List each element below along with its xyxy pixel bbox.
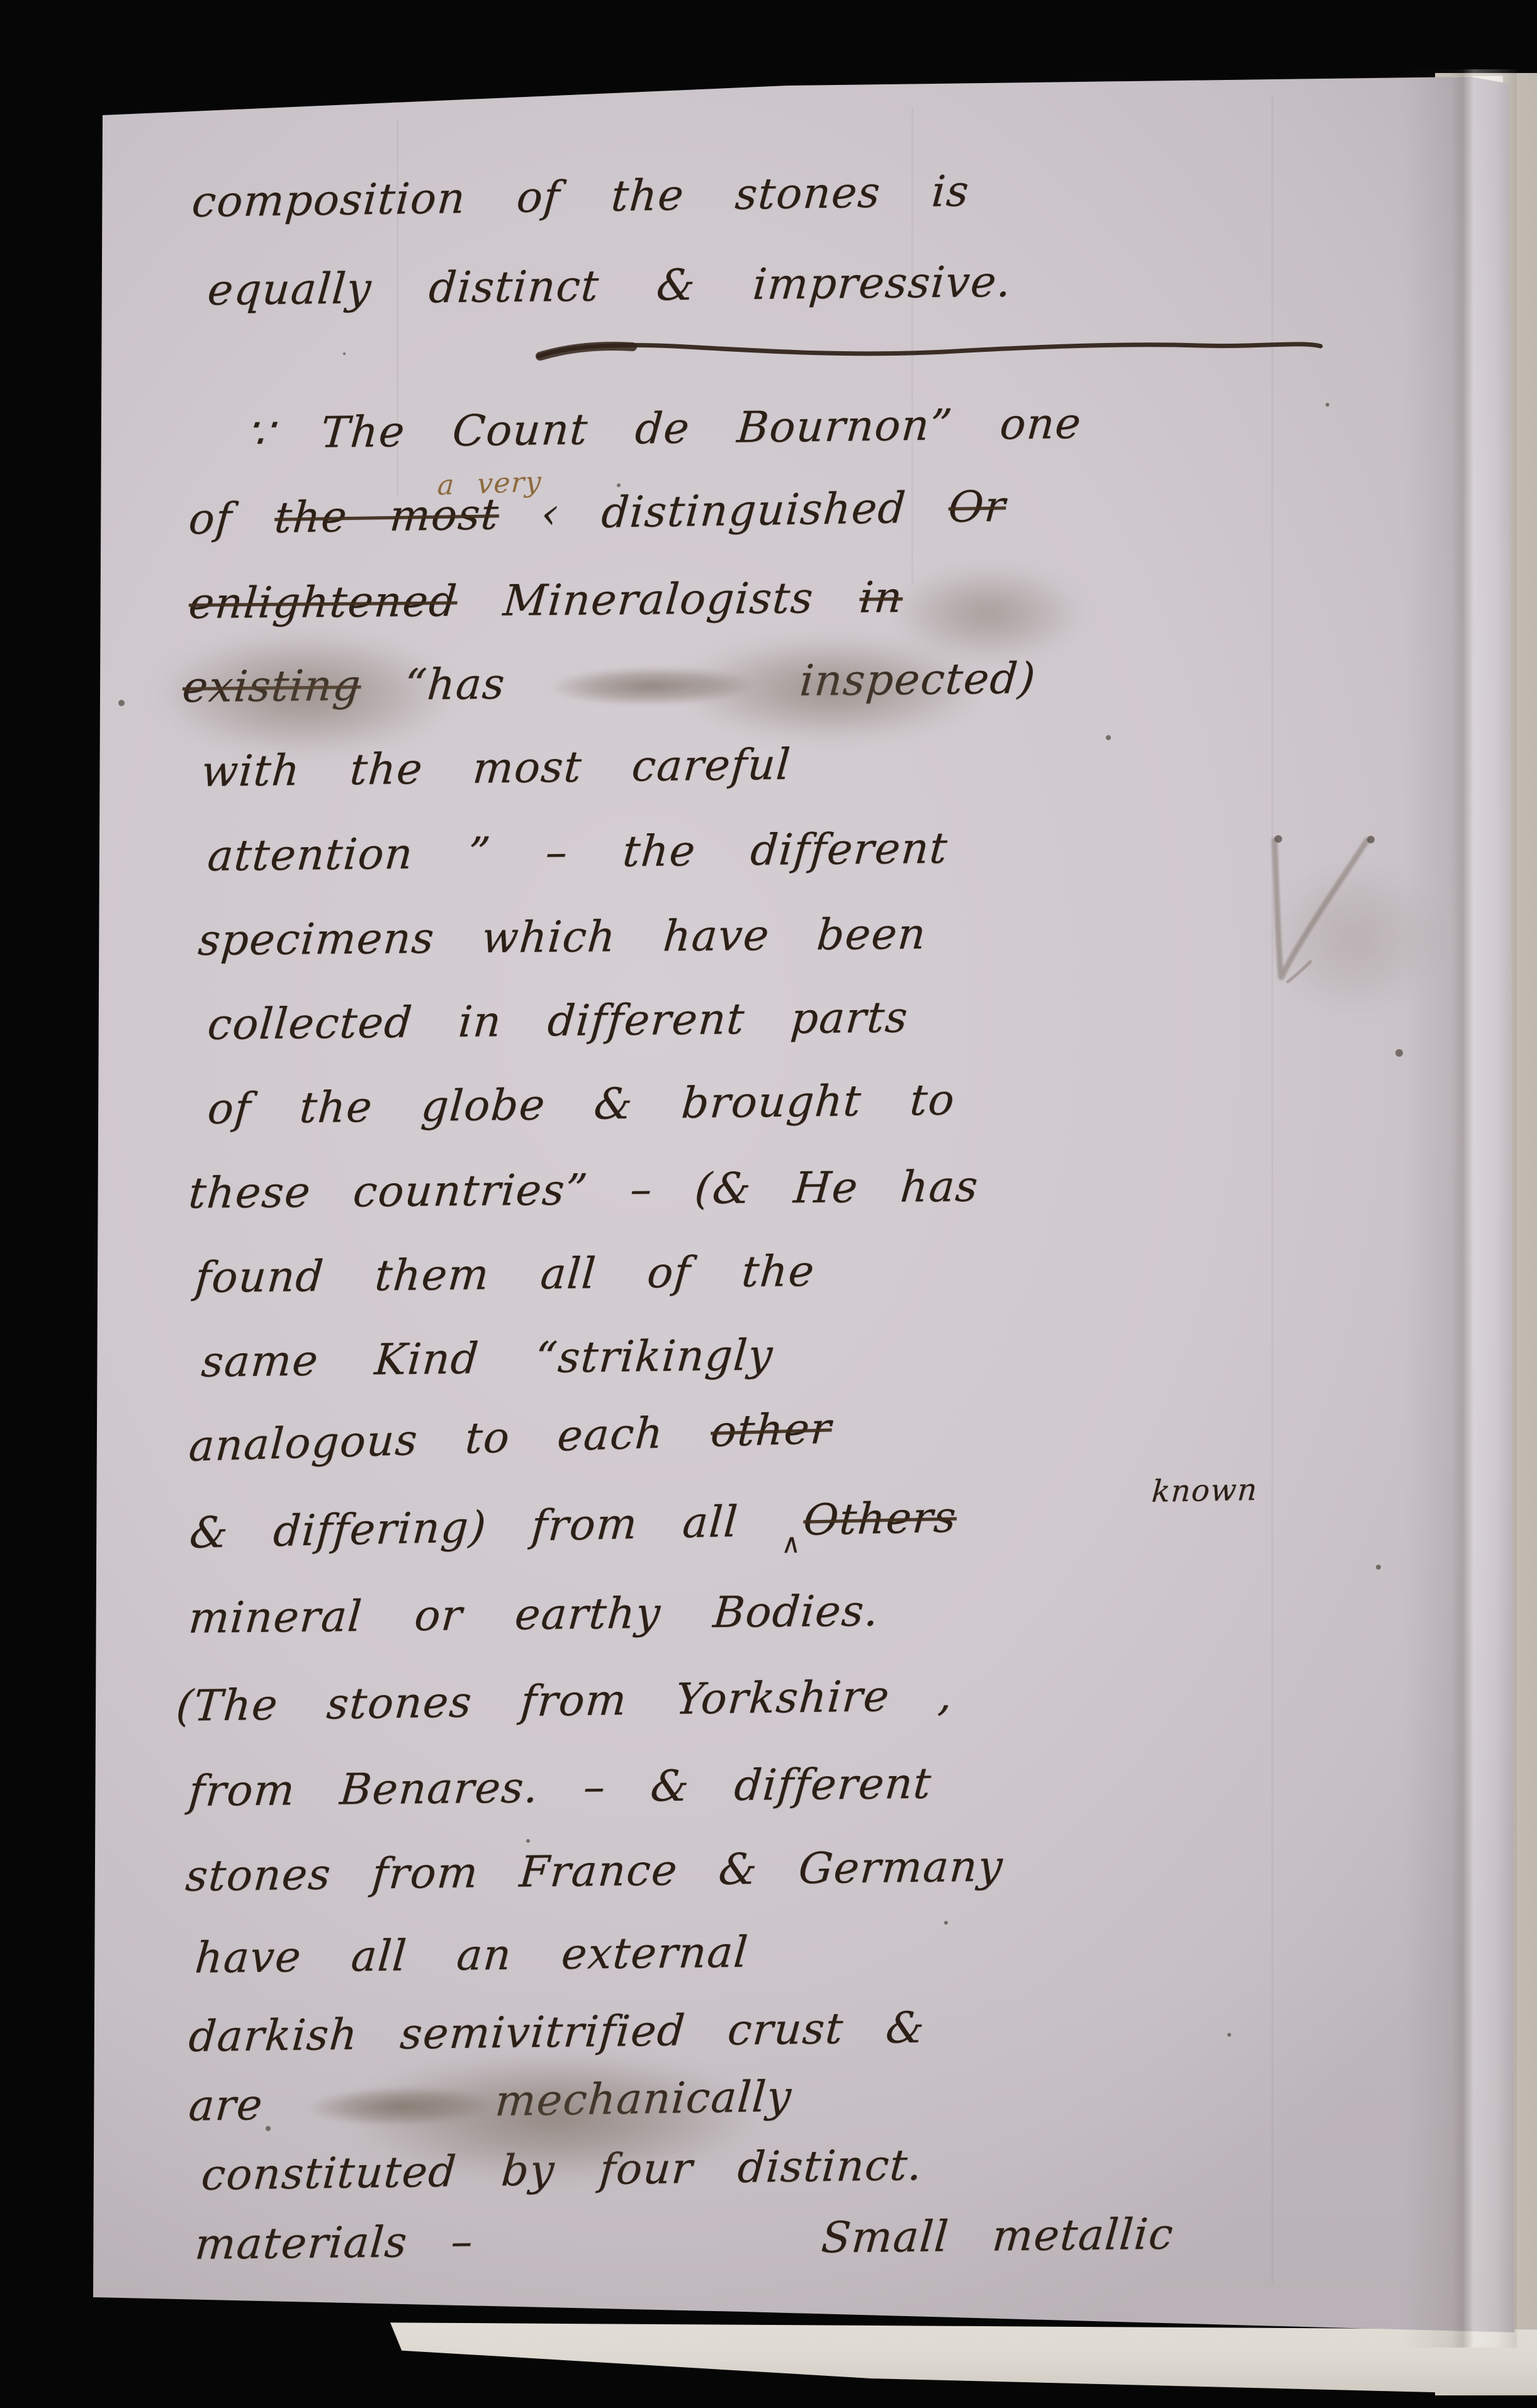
manuscript-text: of the globe & brought to <box>206 1075 957 1134</box>
manuscript-text: “has <box>359 659 551 711</box>
manuscript-text: ∧ <box>780 1528 803 1560</box>
manuscript-line: these countries” – (& He has <box>186 1156 981 1225</box>
manuscript-line: collected in different parts <box>205 986 910 1057</box>
ink-blot-smudge <box>305 2085 496 2127</box>
underline-flourish <box>539 344 1320 356</box>
manuscript-line: of the globe & brought to <box>205 1069 957 1141</box>
manuscript-text: materials – Small metallic <box>193 2210 1176 2270</box>
manuscript-text: composition of the stones is <box>190 167 971 227</box>
manuscript-line: found them all of the <box>193 1241 817 1310</box>
paper-speck <box>343 352 346 355</box>
manuscript-line: & differing) from all ∧Others <box>186 1486 959 1588</box>
paper-speck <box>1275 835 1282 843</box>
manuscript-text: other <box>709 1404 833 1457</box>
manuscript-text: a very <box>437 466 543 502</box>
manuscript-line: composition of the stones is <box>189 160 971 234</box>
manuscript-line: equally distinct & impressive. <box>205 251 1014 322</box>
manuscript-text: analogous to each <box>188 1407 712 1471</box>
manuscript-text: constituted by four distinct. <box>200 2141 924 2200</box>
manuscript-text: collected in different parts <box>206 993 910 1050</box>
paper-speck <box>1326 403 1329 407</box>
manuscript-text: mineral or earthy Bodies. <box>187 1586 881 1643</box>
paper-speck <box>526 1839 530 1843</box>
manuscript-line: a very <box>436 451 543 517</box>
manuscript-line: specimens which have been <box>196 903 929 972</box>
manuscript-page: composition of the stones isequally dist… <box>0 0 1537 2408</box>
manuscript-line: attention ” – the different <box>205 818 950 888</box>
manuscript-line: mineral or earthy Bodies. <box>186 1580 881 1650</box>
manuscript-text: are <box>187 2079 308 2131</box>
manuscript-text: Or <box>947 482 1008 533</box>
ink-blot-smudge <box>547 665 758 707</box>
manuscript-text: Mineralogists <box>455 573 861 627</box>
paper-speck <box>1227 2033 1231 2037</box>
manuscript-line: darkish semivitrified crust & <box>186 1997 927 2069</box>
manuscript-line: enlightened Mineralogists in <box>186 566 905 636</box>
paper-speck <box>118 700 125 706</box>
manuscript-text: ∵ The Count de Bournon” one <box>244 399 1083 459</box>
paper-speck <box>266 2126 271 2131</box>
manuscript-text: existing <box>181 661 363 712</box>
manuscript-line: materials – Small metallic <box>193 2203 1176 2276</box>
underline-flourish-thick-start <box>540 346 633 356</box>
manuscript-line: of the most ‹ distinguished Or <box>186 476 1008 552</box>
manuscript-line: are mechanically <box>186 2066 794 2138</box>
manuscript-text: known <box>1151 1472 1259 1509</box>
paper-speck <box>1367 836 1375 843</box>
manuscript-text: stones from France & Germany <box>184 1842 1005 1901</box>
manuscript-line: same Kind “strikingly <box>199 1324 775 1394</box>
stray-ink-dash <box>1288 962 1310 982</box>
manuscript-text: enlightened <box>187 577 459 629</box>
manuscript-text: inspected) <box>755 654 1038 707</box>
paper-speck <box>1106 735 1111 740</box>
manuscript-line: known <box>1149 1458 1259 1523</box>
paper-speck <box>1376 1565 1381 1570</box>
manuscript-line: have all an external <box>193 1921 751 1990</box>
pencil-check-mark <box>1275 840 1367 977</box>
manuscript-line: with the most careful <box>199 734 793 804</box>
manuscript-text: mechanically <box>493 2072 794 2127</box>
manuscript-text: specimens which have been <box>196 909 928 965</box>
manuscript-text: with the most careful <box>200 740 792 797</box>
manuscript-text: equally distinct & impressive. <box>206 257 1013 315</box>
manuscript-line: constituted by four distinct. <box>199 2134 925 2207</box>
manuscript-text: in <box>858 573 905 623</box>
manuscript-text: of <box>187 493 276 544</box>
manuscript-text: ‹ distinguished <box>497 483 950 539</box>
manuscript-line: (The stones from Yorkshire , <box>174 1665 955 1738</box>
manuscript-text: found them all of the <box>193 1247 817 1303</box>
manuscript-text: darkish semivitrified crust & <box>187 2003 926 2062</box>
manuscript-text: from Benares. – & different <box>187 1759 933 1816</box>
manuscript-line: stones from France & Germany <box>183 1835 1005 1908</box>
manuscript-text: Others <box>802 1492 959 1545</box>
paper-speck <box>617 483 621 487</box>
manuscript-line: ∵ The Count de Bournon” one <box>243 393 1084 466</box>
paper-speck <box>1395 1049 1403 1057</box>
manuscript-line: from Benares. – & different <box>186 1753 934 1823</box>
manuscript-text: attention ” – the different <box>206 824 950 881</box>
manuscript-text: have all an external <box>193 1928 750 1983</box>
page-fold-crease <box>1404 69 1517 2348</box>
manuscript-line: existing “has inspected) <box>180 648 1039 719</box>
manuscript-text: same Kind “strikingly <box>200 1331 775 1387</box>
paper-speck <box>944 1921 948 1925</box>
manuscript-text: & differing) from all <box>188 1496 785 1558</box>
paper-speck <box>385 1266 389 1270</box>
manuscript-text: these countries” – (& He has <box>187 1162 981 1218</box>
manuscript-text: (The stones from Yorkshire , <box>174 1671 955 1731</box>
photo-stage: composition of the stones isequally dist… <box>0 0 1537 2408</box>
